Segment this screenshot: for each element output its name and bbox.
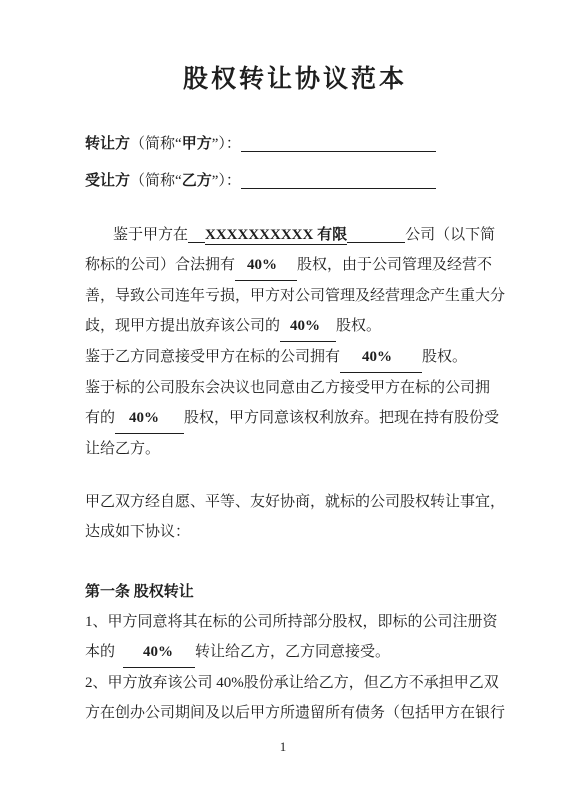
text-run: 达成如下协议： [85, 524, 190, 540]
fill-in-value: 40% [340, 342, 422, 373]
preamble-line: 歧，现甲方提出放弃该公司的40%股权。 [85, 311, 505, 342]
preamble-line: 鉴于甲方在XXXXXXXXXX 有限公司（以下简 [85, 220, 505, 250]
emphasis-text-run: 甲方 [182, 136, 212, 152]
party-line: 转让方（简称“甲方”）： [85, 126, 505, 163]
intro-line: 甲乙双方经自愿、平等、友好协商，就标的公司股权转让事宜， [85, 487, 505, 517]
text-run: 歧，现甲方提出放弃该公司的 [85, 318, 280, 334]
clause-item-line: 2、甲方放弃该公司 40%股份承让给乙方，但乙方不承担甲乙双 [85, 668, 505, 698]
text-run: 方在创办公司期间及以后甲方所遗留所有债务（包括甲方在银行 [85, 705, 505, 721]
clause-1-heading: 第一条 股权转让 [85, 577, 505, 607]
text-run: 让给乙方。 [85, 441, 160, 457]
text-run: 鉴于标的公司股东会决议也同意由乙方接受甲方在标的公司拥 [85, 380, 490, 396]
emphasis-text-run: 乙方 [182, 173, 212, 189]
text-run: 2、甲方放弃该公司 40%股份承让给乙方，但乙方不承担甲乙双 [85, 675, 499, 691]
preamble-line: 让给乙方。 [85, 434, 505, 464]
fill-in-value: 40% [235, 250, 297, 281]
text-run: 股权，甲方同意该权利放弃。把现在持有股份受 [184, 410, 499, 426]
intro-line: 达成如下协议： [85, 517, 505, 547]
emphasis-text-run: 转让方 [85, 136, 130, 152]
document-title: 股权转让协议范本 [85, 58, 505, 102]
parties-block: 转让方（简称“甲方”）：受让方（简称“乙方”）： [85, 126, 505, 200]
text-run: 甲乙双方经自愿、平等、友好协商，就标的公司股权转让事宜， [85, 494, 505, 510]
text-run: 公司（以下简 [405, 227, 495, 243]
text-run: ”）： [212, 136, 241, 152]
emphasis-text-run: 受让方 [85, 173, 130, 189]
clause-item-line: 本的40%转让给乙方，乙方同意接受。 [85, 637, 505, 668]
text-run: 有的 [85, 410, 115, 426]
text-run: 股权。 [336, 318, 381, 334]
party-line: 受让方（简称“乙方”）： [85, 163, 505, 200]
emphasis-text-run: XXXXXXXXXX 有限 [205, 227, 347, 245]
text-run: 1、甲方同意将其在标的公司所持部分股权，即标的公司注册资 [85, 614, 498, 630]
text-run: 股权，由于公司管理及经营不 [297, 257, 492, 273]
fill-in-value: 40% [123, 637, 195, 668]
preamble-line: 有的40%股权，甲方同意该权利放弃。把现在持有股份受 [85, 403, 505, 434]
text-run: （简称“ [130, 173, 182, 189]
text-run: 称标的公司）合法拥有 [85, 257, 235, 273]
text-run: 转让给乙方，乙方同意接受。 [195, 644, 390, 660]
blank-underline [241, 170, 436, 189]
clause-item-line: 1、甲方同意将其在标的公司所持部分股权，即标的公司注册资 [85, 607, 505, 637]
clause-item-line: 方在创办公司期间及以后甲方所遗留所有债务（包括甲方在银行 [85, 698, 505, 728]
agreement-intro-paragraph: 甲乙双方经自愿、平等、友好协商，就标的公司股权转让事宜，达成如下协议： [85, 487, 505, 547]
document-content: 股权转让协议范本 转让方（简称“甲方”）：受让方（简称“乙方”）： 鉴于甲方在X… [0, 58, 566, 728]
page-number: 1 [0, 740, 566, 754]
text-run: 善，导致公司连年亏损，甲方对公司管理及经营理念产生重大分 [85, 288, 505, 304]
clause-1-items: 1、甲方同意将其在标的公司所持部分股权，即标的公司注册资本的40%转让给乙方，乙… [85, 607, 505, 728]
preamble-line: 鉴于乙方同意接受甲方在标的公司拥有40%股权。 [85, 342, 505, 373]
document-page: 股权转让协议范本 转让方（简称“甲方”）：受让方（简称“乙方”）： 鉴于甲方在X… [0, 0, 566, 800]
text-run: ”）： [212, 173, 241, 189]
preamble-paragraphs: 鉴于甲方在XXXXXXXXXX 有限公司（以下简称标的公司）合法拥有40%股权，… [85, 220, 505, 464]
text-run: 本的 [85, 644, 115, 660]
preamble-line: 善，导致公司连年亏损，甲方对公司管理及经营理念产生重大分 [85, 281, 505, 311]
blank-underline [188, 224, 205, 243]
text-run: 鉴于甲方在 [113, 227, 188, 243]
text-run: （简称“ [130, 136, 182, 152]
preamble-line: 称标的公司）合法拥有40%股权，由于公司管理及经营不 [85, 250, 505, 281]
text-run: 股权。 [422, 349, 467, 365]
preamble-line: 鉴于标的公司股东会决议也同意由乙方接受甲方在标的公司拥 [85, 373, 505, 403]
text-run: 鉴于乙方同意接受甲方在标的公司拥有 [85, 349, 340, 365]
blank-underline [241, 133, 436, 152]
fill-in-value: 40% [115, 403, 184, 434]
blank-underline [347, 224, 405, 243]
fill-in-value: 40% [280, 311, 336, 342]
